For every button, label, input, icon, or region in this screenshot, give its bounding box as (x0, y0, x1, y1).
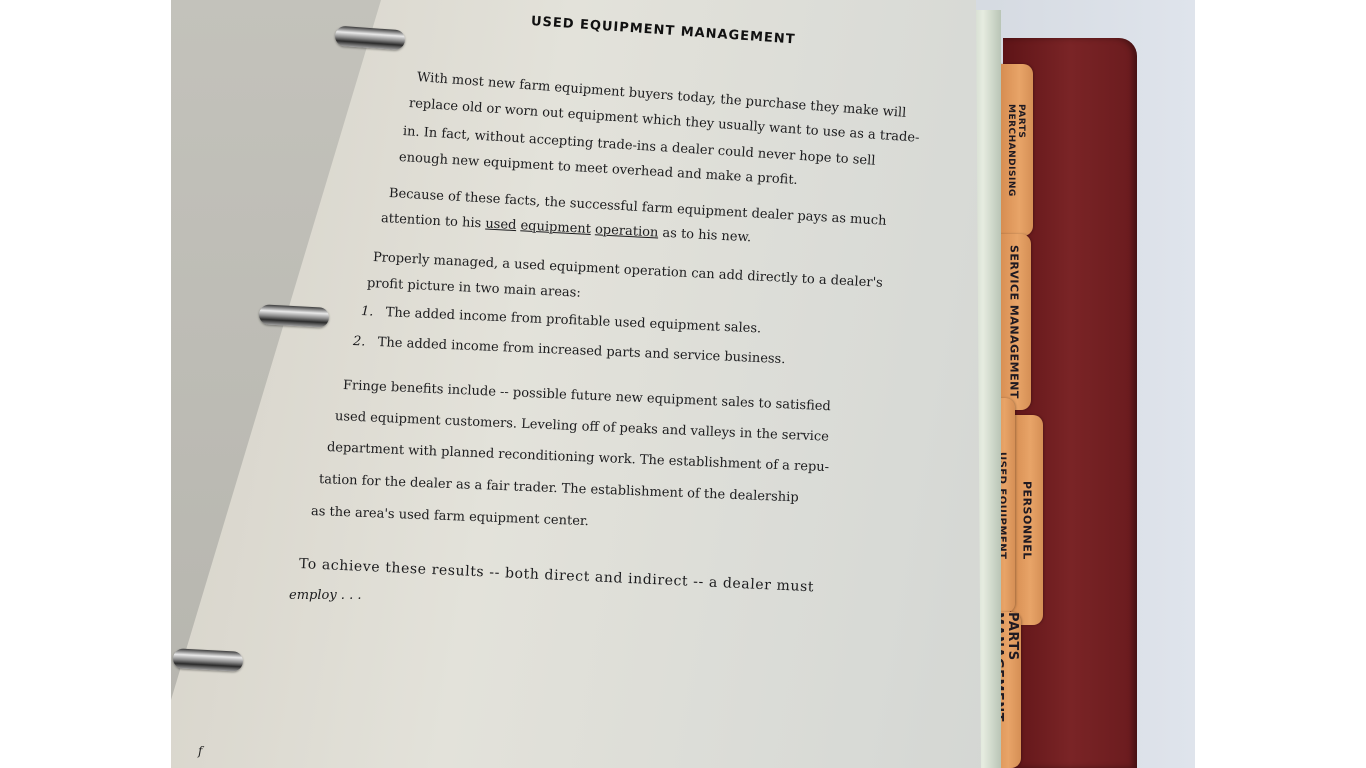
tab-parts-merchandising: PARTSMERCHANDISING (999, 64, 1033, 236)
paragraph-line: employ . . . (289, 588, 361, 603)
tab-service-management: SERVICE MANAGEMENT (997, 234, 1031, 410)
tab-personnel: PERSONNEL (1011, 415, 1043, 625)
binder-photo: PARTSMERCHANDISING SERVICE MANAGEMENT PE… (171, 0, 1195, 768)
page-mark: f (198, 744, 202, 758)
binder-ring-middle (259, 304, 330, 328)
binder-ring-bottom (173, 648, 244, 672)
